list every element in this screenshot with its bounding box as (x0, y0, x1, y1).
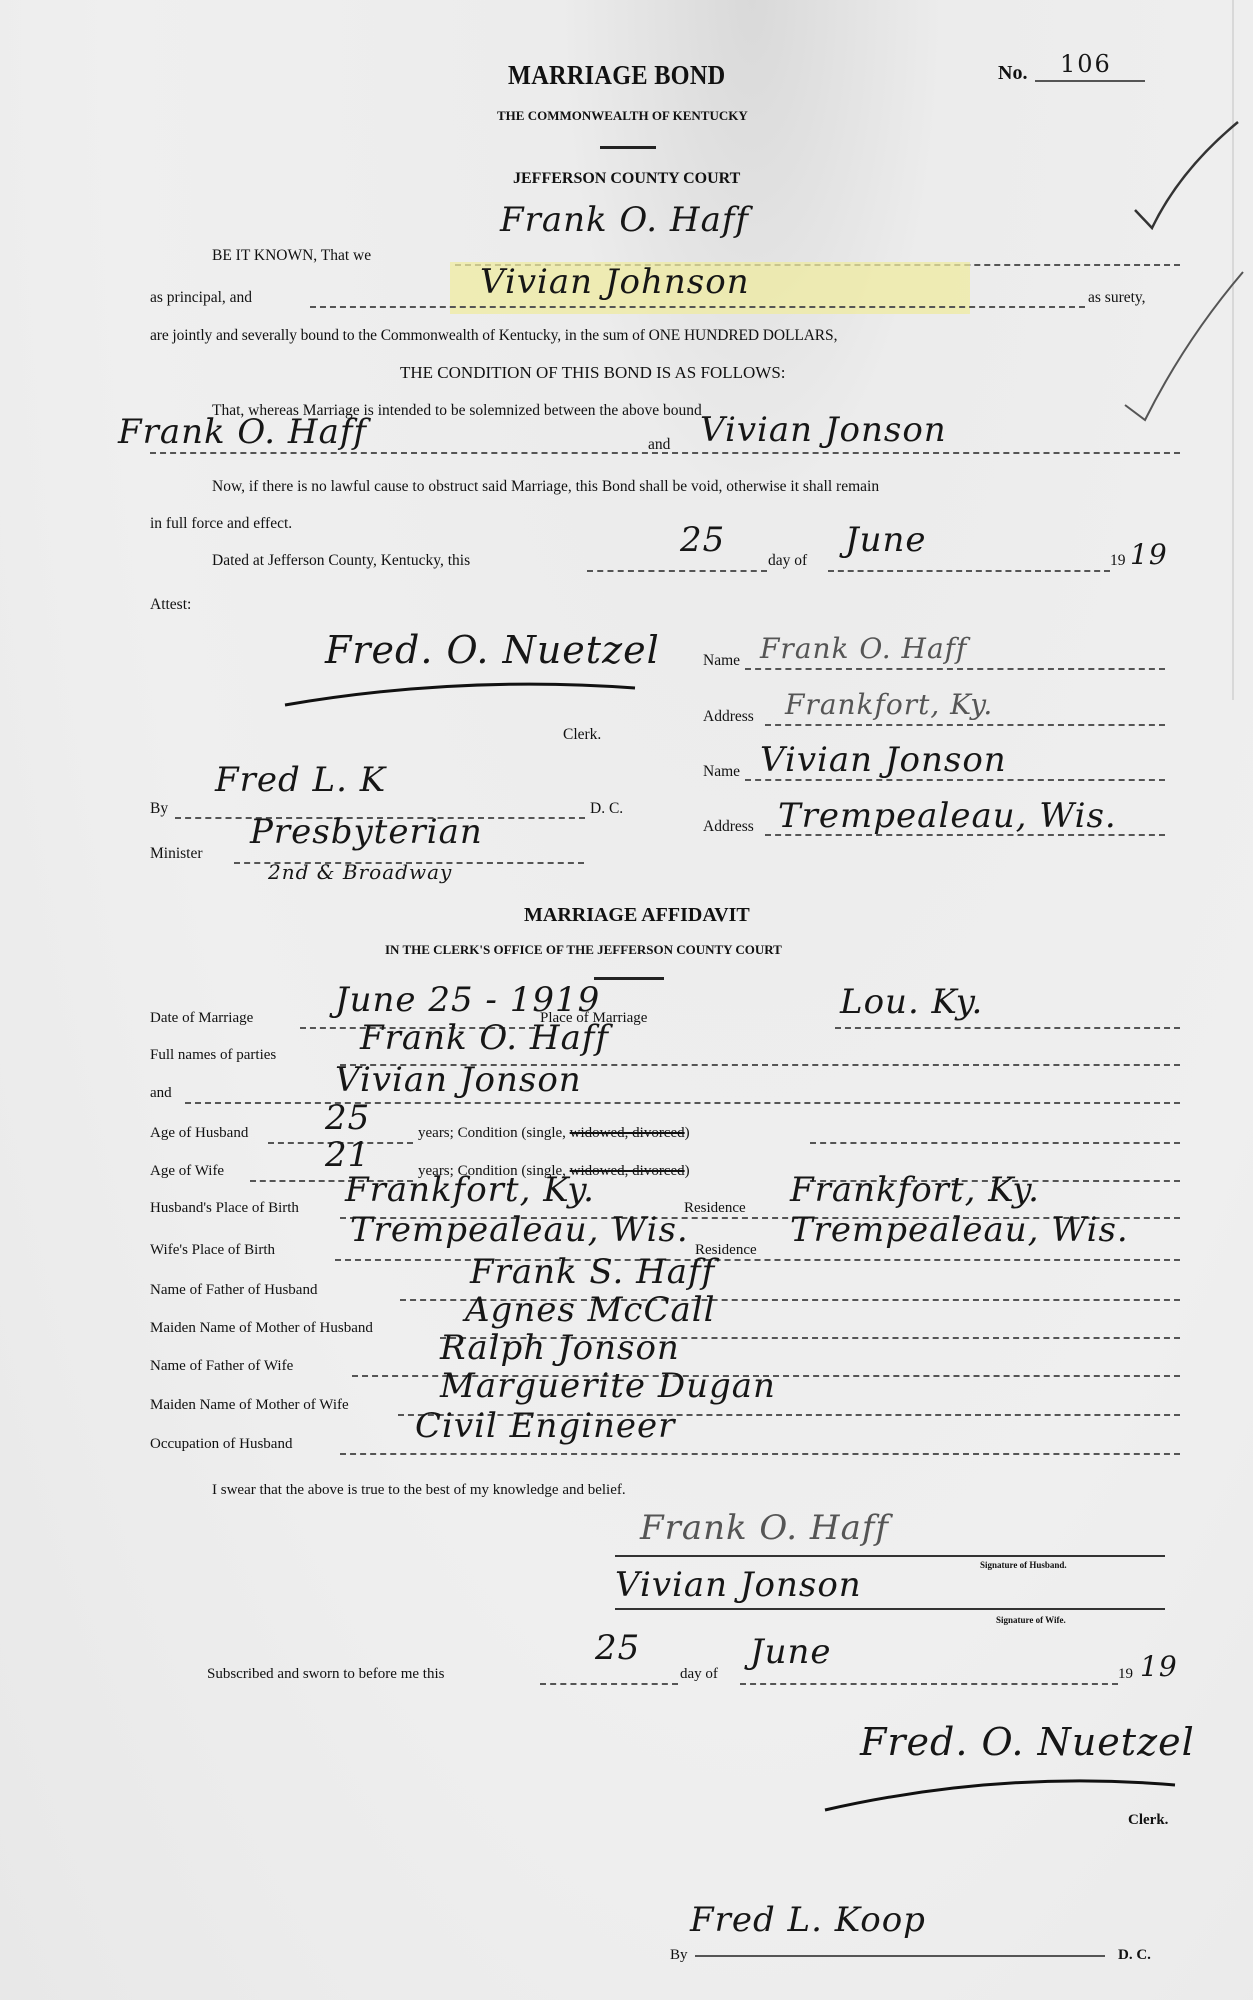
address2-label: Address (703, 818, 754, 836)
place-line (835, 1027, 1180, 1029)
dated-month-line (828, 570, 1110, 572)
bound-text: are jointly and severally bound to the C… (150, 327, 837, 345)
and-label: and (150, 1085, 172, 1102)
affidavit-subtitle: IN THE CLERK'S OFFICE OF THE JEFFERSON C… (385, 942, 782, 958)
subscribed-text: Subscribed and sworn to before me this (207, 1666, 444, 1683)
sworn-day: 25 (595, 1628, 640, 1668)
swear-text: I swear that the above is true to the be… (212, 1482, 626, 1499)
address1-value: Frankfort, Ky. (785, 688, 993, 721)
father-husband-label: Name of Father of Husband (150, 1282, 317, 1299)
address1-label: Address (703, 708, 754, 726)
clerk-signature: Fred. O. Nuetzel (325, 628, 660, 672)
bond-party1: Frank O. Haff (118, 412, 367, 452)
condition-heading: THE CONDITION OF THIS BOND IS AS FOLLOWS… (400, 363, 786, 383)
divider (600, 146, 656, 149)
document-page: MARRIAGE BOND No. 106 THE COMMONWEALTH O… (0, 0, 1253, 2000)
bond-number-label: No. (998, 62, 1027, 85)
name2-label: Name (703, 763, 740, 781)
affidavit-clerk-label: Clerk. (1128, 1812, 1168, 1829)
dated-day: 25 (680, 520, 725, 560)
condition-suffix: ) (685, 1163, 690, 1179)
affidavit-clerk-signature: Fred. O. Nuetzel (860, 1720, 1195, 1764)
name1-value: Frank O. Haff (760, 632, 967, 665)
bond-party2: Vivian Jonson (700, 410, 947, 450)
affidavit-dc-label: D. C. (1118, 1947, 1151, 1964)
now-text: Now, if there is no lawful cause to obst… (212, 478, 879, 496)
condition-suffix: ) (685, 1125, 690, 1141)
condition-struck: widowed, divorced (570, 1125, 685, 1141)
surety-line (310, 306, 1085, 308)
name2-value: Vivian Jonson (760, 740, 1007, 780)
father-wife: Ralph Jonson (440, 1328, 680, 1368)
husband-birth-label: Husband's Place of Birth (150, 1200, 299, 1217)
principal-name: Frank O. Haff (500, 200, 749, 240)
affidavit-party1: Frank O. Haff (360, 1018, 609, 1058)
bond-number-line (1035, 80, 1145, 82)
occupation-label: Occupation of Husband (150, 1436, 292, 1453)
wife-signature: Vivian Jonson (615, 1565, 862, 1605)
year-prefix: 19 (1110, 552, 1126, 570)
sworn-year-suffix: 19 (1140, 1650, 1178, 1683)
name1-label: Name (703, 652, 740, 670)
affidavit-by-line (695, 1955, 1105, 1957)
husband-signature-label: Signature of Husband. (980, 1560, 1067, 1570)
bond-and-label: and (648, 436, 670, 454)
as-principal-label: as principal, and (150, 289, 252, 307)
name1-line (745, 668, 1165, 670)
condition-prefix: years; Condition (single, (418, 1125, 566, 1141)
day-of-label: day of (768, 552, 807, 570)
bond-title: MARRIAGE BOND (508, 60, 725, 91)
age-husband: 25 (325, 1098, 370, 1138)
by-signature: Fred L. K (215, 760, 386, 800)
be-it-known-label: BE IT KNOWN, That we (212, 247, 371, 265)
affidavit-party2: Vivian Jonson (335, 1060, 582, 1100)
dated-day-line (587, 570, 767, 572)
age-husband-label: Age of Husband (150, 1125, 248, 1142)
clerk-label: Clerk. (563, 726, 601, 744)
father-husband: Frank S. Haff (470, 1252, 715, 1292)
full-names-label: Full names of parties (150, 1047, 276, 1064)
year-suffix: 19 (1130, 538, 1168, 571)
age-wife: 21 (325, 1135, 370, 1175)
husband-signature-line (615, 1555, 1165, 1557)
signature-flourish (280, 680, 640, 710)
signature-flourish (820, 1770, 1180, 1815)
sworn-month: June (750, 1632, 832, 1672)
address1-line (765, 724, 1165, 726)
minister-note: 2nd & Broadway (268, 860, 452, 884)
husband-residence-label: Residence (684, 1200, 746, 1217)
dated-month: June (845, 520, 927, 560)
mother-husband: Agnes McCall (465, 1290, 715, 1330)
sworn-day-line (540, 1683, 678, 1685)
address2-value: Trempealeau, Wis. (778, 796, 1117, 836)
husband-signature: Frank O. Haff (640, 1508, 889, 1548)
husband-birth: Frankfort, Ky. (345, 1170, 595, 1210)
date-of-marriage-label: Date of Marriage (150, 1010, 253, 1027)
age-wife-label: Age of Wife (150, 1163, 224, 1180)
dated-text: Dated at Jefferson County, Kentucky, thi… (212, 552, 470, 570)
as-surety-label: as surety, (1088, 289, 1146, 307)
bond-number: 106 (1060, 50, 1112, 78)
sworn-day-of-label: day of (680, 1666, 718, 1683)
attest-label: Attest: (150, 596, 191, 614)
sworn-year-prefix: 19 (1118, 1666, 1133, 1683)
force-text: in full force and effect. (150, 515, 292, 533)
by-label: By (150, 800, 168, 818)
surety-name: Vivian Johnson (480, 262, 750, 302)
condition-husband-line (810, 1142, 1180, 1144)
place-of-marriage: Lou. Ky. (840, 982, 983, 1022)
wife-signature-label: Signature of Wife. (996, 1615, 1066, 1625)
sworn-month-line (740, 1683, 1118, 1685)
minister-label: Minister (150, 845, 203, 863)
dc-label: D. C. (590, 800, 623, 818)
wife-signature-line (615, 1608, 1165, 1610)
court-heading: JEFFERSON COUNTY COURT (513, 170, 740, 188)
wife-birth: Trempealeau, Wis. (350, 1210, 689, 1250)
wife-birth-label: Wife's Place of Birth (150, 1242, 275, 1259)
wife-birth-line (335, 1259, 1180, 1261)
commonwealth-subtitle: THE COMMONWEALTH OF KENTUCKY (497, 108, 748, 124)
divider (594, 977, 664, 980)
occupation-line (340, 1453, 1180, 1455)
mother-wife: Marguerite Dugan (440, 1366, 776, 1406)
checkmark-icon (1120, 110, 1240, 230)
husband-residence: Frankfort, Ky. (790, 1170, 1040, 1210)
affidavit-by-label: By (670, 1947, 688, 1964)
mother-wife-label: Maiden Name of Mother of Wife (150, 1397, 349, 1414)
occupation: Civil Engineer (415, 1406, 675, 1446)
mother-husband-label: Maiden Name of Mother of Husband (150, 1320, 373, 1337)
condition-husband: years; Condition (single, widowed, divor… (418, 1125, 690, 1142)
minister-value: Presbyterian (250, 812, 483, 852)
affidavit-by-signature: Fred L. Koop (690, 1900, 926, 1940)
affidavit-title: MARRIAGE AFFIDAVIT (524, 904, 750, 927)
wife-residence: Trempealeau, Wis. (790, 1210, 1129, 1250)
father-wife-label: Name of Father of Wife (150, 1358, 293, 1375)
